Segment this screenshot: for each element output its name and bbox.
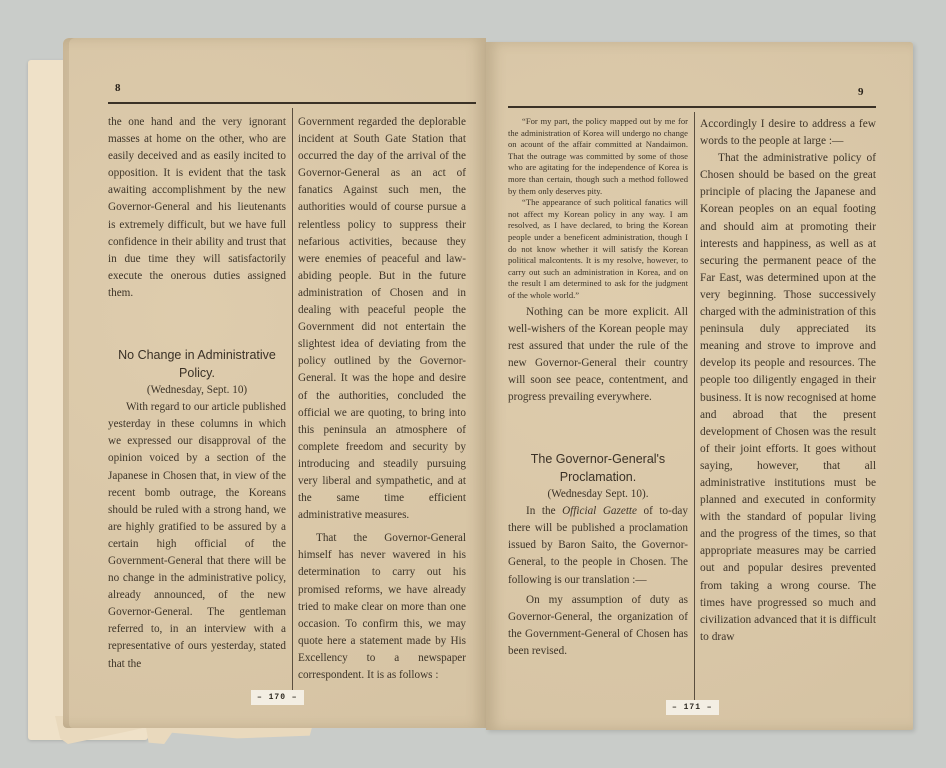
article-date: (Wednesday, Sept. 10): [108, 382, 286, 399]
paragraph: That the administrative policy of Chosen…: [700, 150, 876, 646]
header-rule: [508, 106, 876, 108]
paragraph: That the Governor-General himself has ne…: [298, 530, 466, 684]
continued-paragraph: the one hand and the very ignorant masse…: [108, 114, 286, 302]
right-column-1: “For my part, the policy mapped out by m…: [508, 116, 688, 660]
paragraph: Government regarded the deplorable incid…: [298, 114, 466, 524]
quoted-statement: “For my part, the policy mapped out by m…: [508, 116, 688, 302]
right-page: 9 “For my part, the policy mapped out by…: [486, 42, 913, 730]
left-page: 8 the one hand and the very ignorant mas…: [63, 38, 486, 728]
publication-name: Official Gazette: [562, 505, 637, 517]
quote-paragraph: “For my part, the policy mapped out by m…: [508, 116, 688, 197]
open-book: 8 the one hand and the very ignorant mas…: [63, 38, 913, 728]
article-intro: In the Official Gazette of to-day there …: [508, 503, 688, 588]
archive-page-tag: – 171 –: [666, 700, 719, 715]
article-date: (Wednesday Sept. 10).: [508, 486, 688, 503]
paragraph: Nothing can be more explicit. All well-w…: [508, 304, 688, 407]
header-rule: [108, 102, 476, 104]
right-column-2: Accordingly I desire to address a few wo…: [700, 116, 876, 646]
article-body: With regard to our article published yes…: [108, 399, 286, 673]
intro-text: of to-day there will be published a proc…: [508, 505, 688, 585]
column-divider: [694, 112, 695, 702]
quote-paragraph: “The appearance of such political fanati…: [508, 197, 688, 301]
archive-page-tag: – 170 –: [251, 690, 304, 705]
left-column-2: Government regarded the deplorable incid…: [298, 114, 466, 684]
proclamation-text: On my assumption of duty as Governor-Gen…: [508, 592, 688, 660]
column-divider: [292, 108, 293, 700]
intro-text: In the: [526, 505, 562, 517]
article-title: The Governor-General's Proclamation.: [508, 450, 688, 486]
page-number: 9: [858, 86, 864, 98]
page-number: 8: [115, 82, 121, 94]
article-title: No Change in Administrative Policy.: [108, 346, 286, 382]
paragraph: Accordingly I desire to address a few wo…: [700, 116, 876, 150]
left-column-1: the one hand and the very ignorant masse…: [108, 114, 286, 673]
